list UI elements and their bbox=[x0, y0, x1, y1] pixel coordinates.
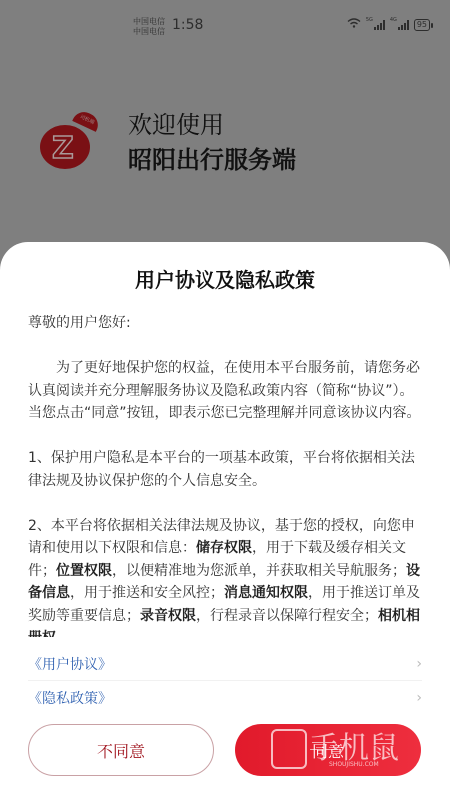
carrier-labels: 中国电信 中国电信 bbox=[133, 17, 165, 37]
intro-paragraph: 为了更好地保护您的权益，在使用本平台服务前，请您务必认真阅读并充分理解服务协议及… bbox=[28, 357, 422, 425]
dialog-title: 用户协议及隐私政策 bbox=[0, 264, 450, 293]
user-agreement-link[interactable]: 《用户协议》 › bbox=[28, 647, 422, 681]
welcome-text: 欢迎使用 昭阳出行服务端 bbox=[128, 108, 296, 178]
logo-letter: Z bbox=[52, 131, 74, 166]
privacy-policy-label: 《隐私政策》 bbox=[28, 688, 112, 708]
battery-icon: 95 bbox=[414, 19, 430, 31]
wifi-icon bbox=[347, 18, 361, 31]
policy-paragraph-2: 2、本平台将依据相关法律法规及协议，基于您的授权，向您申请和使用以下权限和信息：… bbox=[28, 515, 422, 638]
welcome-line1: 欢迎使用 bbox=[128, 108, 296, 142]
privacy-policy-link[interactable]: 《隐私政策》 › bbox=[28, 681, 422, 715]
carrier-2: 中国电信 bbox=[133, 27, 165, 37]
user-agreement-label: 《用户协议》 bbox=[28, 654, 112, 674]
carrier-1: 中国电信 bbox=[133, 17, 165, 27]
clock: 1:58 bbox=[172, 17, 203, 33]
signal-icon-sim1: 5G bbox=[366, 20, 385, 30]
policy-paragraph-1: 1、保护用户隐私是本平台的一项基本政策，平台将依据相关法律法规及协议保护您的个人… bbox=[28, 447, 422, 492]
chevron-right-icon: › bbox=[416, 656, 422, 672]
privacy-dialog: 用户协议及隐私政策 尊敬的用户您好: 为了更好地保护您的权益，在使用本平台服务前… bbox=[0, 242, 450, 800]
app-logo: Z 司机端 bbox=[38, 113, 98, 173]
agree-button[interactable]: 同意 bbox=[235, 724, 421, 776]
agreement-content[interactable]: 尊敬的用户您好: 为了更好地保护您的权益，在使用本平台服务前，请您务必认真阅读并… bbox=[28, 312, 422, 637]
app-name: 昭阳出行服务端 bbox=[128, 142, 296, 178]
signal-icon-sim2: 4G bbox=[390, 20, 409, 30]
agreement-links: 《用户协议》 › 《隐私政策》 › bbox=[28, 647, 422, 715]
chevron-right-icon: › bbox=[416, 690, 422, 706]
greeting: 尊敬的用户您好: bbox=[28, 312, 422, 335]
disagree-button[interactable]: 不同意 bbox=[28, 724, 214, 776]
welcome-header: Z 司机端 欢迎使用 昭阳出行服务端 bbox=[38, 108, 296, 178]
status-bar: 中国电信 中国电信 1:58 5G 4G 95 bbox=[0, 0, 450, 50]
status-icons: 5G 4G 95 bbox=[347, 18, 430, 31]
